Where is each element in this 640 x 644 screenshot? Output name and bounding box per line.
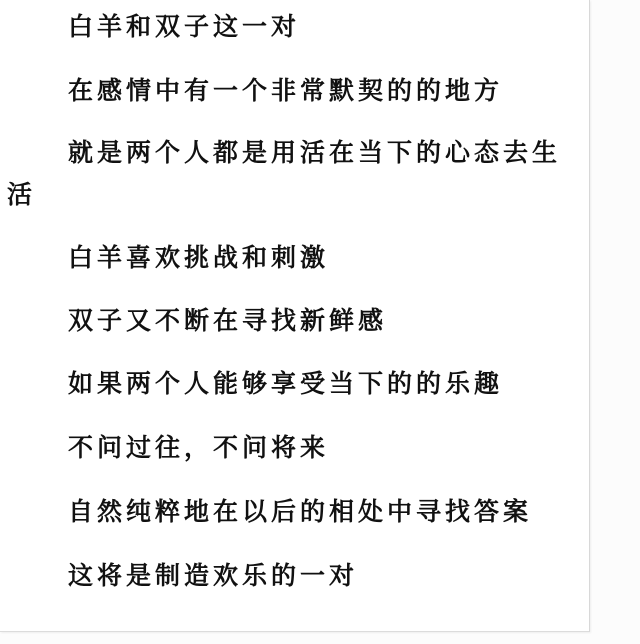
paragraph-8: 自然纯粹地在以后的相处中寻找答案 bbox=[7, 491, 587, 533]
paragraph-7: 不问过往，不问将来 bbox=[7, 427, 587, 469]
paragraph-3: 就是两个人都是用活在当下的心态去生活 bbox=[7, 132, 587, 216]
paragraph-5: 双子又不断在寻找新鲜感 bbox=[7, 300, 587, 342]
paragraph-1: 白羊和双子这一对 bbox=[7, 6, 587, 48]
paragraph-4: 白羊喜欢挑战和刺激 bbox=[7, 237, 587, 279]
paragraph-9: 这将是制造欢乐的一对 bbox=[7, 555, 587, 597]
document-page: 白羊和双子这一对 在感情中有一个非常默契的的地方 就是两个人都是用活在当下的心态… bbox=[0, 0, 590, 632]
paragraph-6: 如果两个人能够享受当下的的乐趣 bbox=[7, 363, 587, 405]
paragraph-2: 在感情中有一个非常默契的的地方 bbox=[7, 70, 587, 112]
